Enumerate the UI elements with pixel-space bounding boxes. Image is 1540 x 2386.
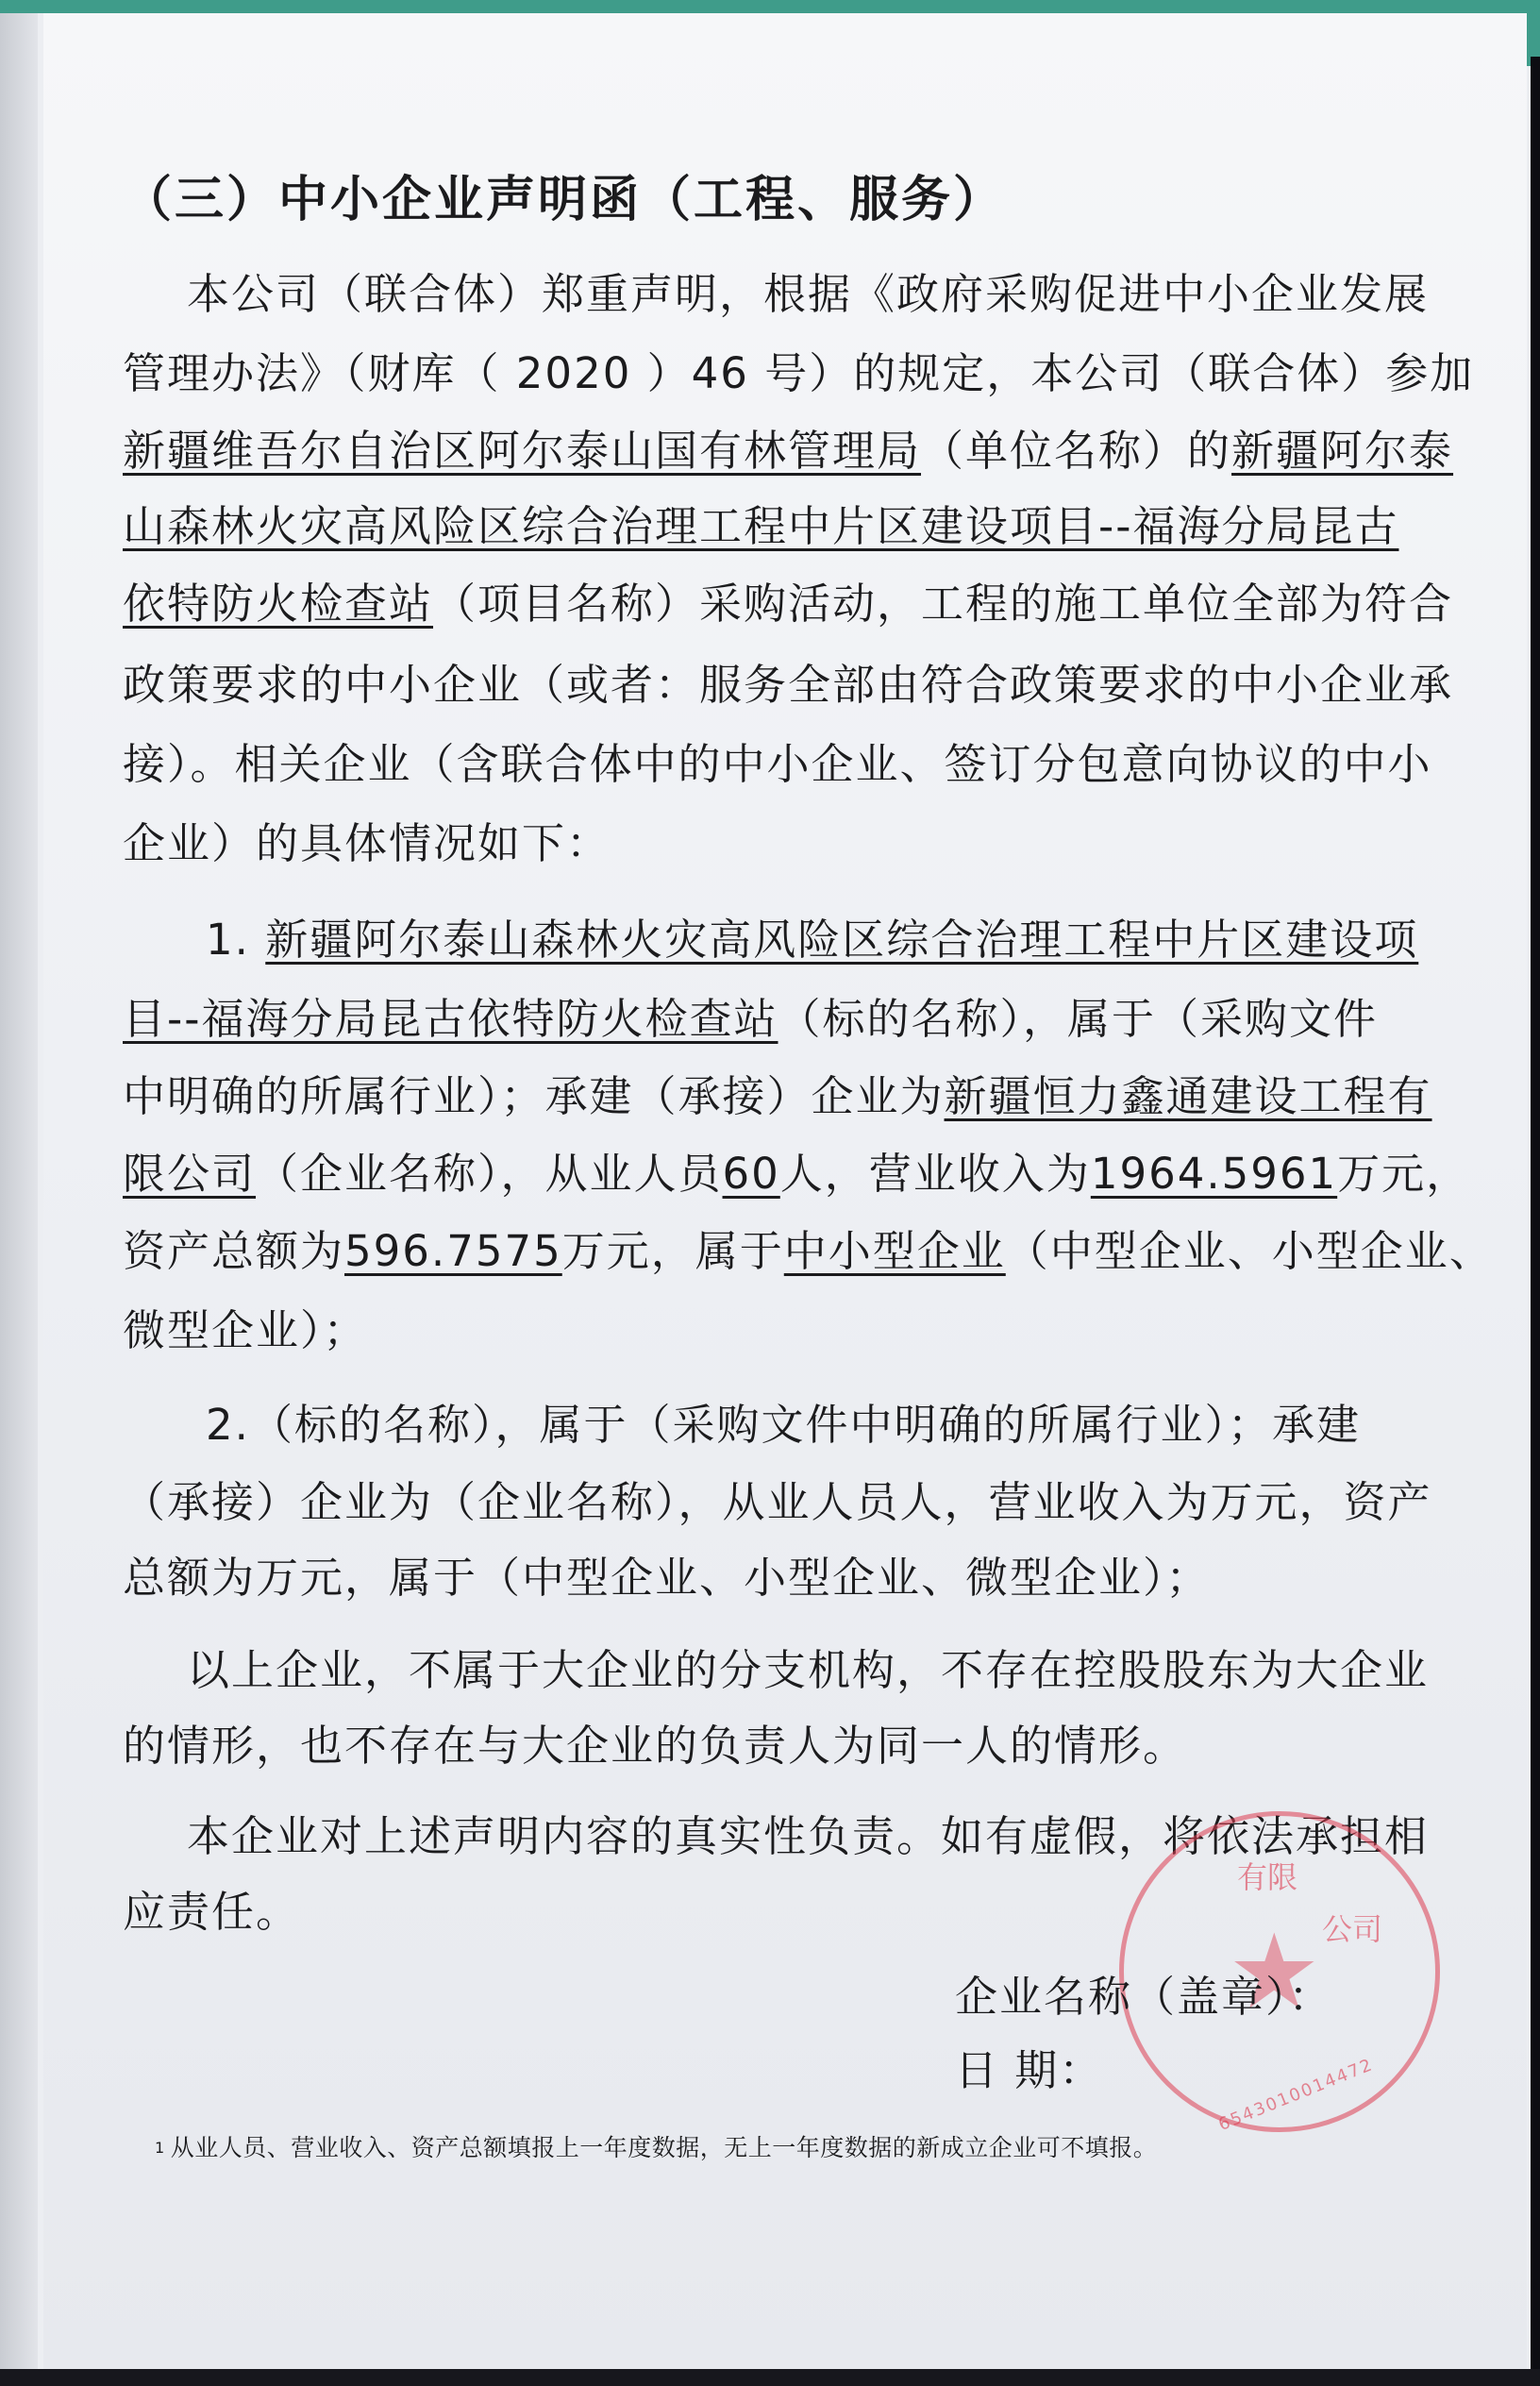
label-industry: 中明确的所属行业）；承建（承接）企业为 (123, 1071, 945, 1121)
item1-line-2: 目--福海分局昆古依特防火检查站（标的名称），属于（采购文件 (123, 991, 1378, 1048)
project-name-part3: 依特防火检查站 (123, 579, 433, 629)
unit-wanyuan: 万元， (1337, 1149, 1470, 1199)
declaration-line-1: 以上企业，不属于大企业的分支机构，不存在控股股东为大企业 (187, 1642, 1429, 1699)
intro-line-4: 山森林火灾高风险区综合治理工程中片区建设项目--福海分局昆古 (123, 498, 1398, 555)
intro-line-6: 政策要求的中小企业（或者：服务全部由符合政策要求的中小企业承 (123, 657, 1453, 714)
item2-text-1: （标的名称），属于（采购文件中明确的所属行业）；承建 (250, 1400, 1361, 1450)
company-seal-label: 企业名称（盖章）： (955, 1969, 1333, 2025)
intro-line-3: 新疆维吾尔自治区阿尔泰山国有林管理局（单位名称）的新疆阿尔泰 (123, 423, 1453, 479)
label-belongs: 万元，属于 (562, 1226, 784, 1276)
employee-count: 60 (723, 1149, 780, 1199)
purchaser-name: 新疆维吾尔自治区阿尔泰山国有林管理局 (123, 426, 921, 476)
label-revenue: 人，营业收入为 (780, 1149, 1091, 1199)
item2-line-3: 总额为万元，属于（中型企业、小型企业、微型企业）； (123, 1550, 1211, 1606)
background-dark-edge (1531, 57, 1540, 2378)
intro-line-7: 接）。相关企业（含联合体中的中小企业、签订分包意向协议的中小 (123, 736, 1432, 793)
item1-number: 1. (206, 915, 250, 965)
item1-line-4: 限公司（企业名称），从业人员60人，营业收入为1964.5961万元， (123, 1146, 1470, 1202)
date-label: 日 期： (955, 2042, 1103, 2099)
item1-subject-part1: 新疆阿尔泰山森林火灾高风险区综合治理工程中片区建设项 (265, 915, 1418, 965)
background-teal (0, 0, 1540, 13)
contractor-name-part1: 新疆恒力鑫通建设工程有 (945, 1071, 1432, 1121)
page-title: （三）中小企业声明函（工程、服务） (123, 172, 1005, 228)
declaration-line-2: 的情形，也不存在与大企业的负责人为同一人的情形。 (123, 1718, 1187, 1774)
item2-line-2: （承接）企业为（企业名称），从业人员人，营业收入为万元，资产 (123, 1474, 1432, 1531)
seal-text-right: 公司 (1322, 1906, 1382, 1949)
footnote-marker: 1 (155, 2139, 165, 2157)
document-page: （三）中小企业声明函（工程、服务） 本公司（联合体）郑重声明，根据《政府采购促进… (43, 13, 1527, 2369)
project-name-part1: 新疆阿尔泰 (1231, 426, 1453, 476)
item1-line-5: 资产总额为596.7575万元，属于中小型企业（中型企业、小型企业、 (123, 1223, 1494, 1280)
size-options: （中型企业、小型企业、 (1006, 1226, 1494, 1276)
seal-number: 6543010014472 (1215, 2055, 1376, 2135)
label-subject-name: （标的名称），属于（采购文件 (778, 994, 1378, 1044)
responsibility-line-2: 应责任。 (123, 1884, 300, 1941)
contractor-name-part2: 限公司 (123, 1149, 256, 1199)
item1-line-6: 微型企业）； (123, 1302, 368, 1359)
revenue-value: 1964.5961 (1091, 1149, 1337, 1199)
seal-text-top: 有限 (1237, 1854, 1297, 1897)
assets-value: 596.7575 (344, 1226, 562, 1276)
item1-line-1: 1. 新疆阿尔泰山森林火灾高风险区综合治理工程中片区建设项 (206, 912, 1418, 968)
project-name-part2: 山森林火灾高风险区综合治理工程中片区建设项目--福海分局昆古 (123, 501, 1398, 551)
intro-line-8: 企业）的具体情况如下： (123, 815, 611, 872)
intro-line-5: 依特防火检查站（项目名称）采购活动，工程的施工单位全部为符合 (123, 576, 1453, 632)
label-employees: （企业名称），从业人员 (256, 1149, 723, 1199)
enterprise-size: 中小型企业 (784, 1226, 1006, 1276)
footnote-text: 从业人员、营业收入、资产总额填报上一年度数据，无上一年度数据的新成立企业可不填报… (171, 2134, 1158, 2161)
label-unit-name: （单位名称）的 (921, 426, 1231, 476)
page-stack-edge (0, 0, 38, 2386)
item1-subject-part2: 目--福海分局昆古依特防火检查站 (123, 994, 778, 1044)
item2-line-1: 2.（标的名称），属于（采购文件中明确的所属行业）；承建 (206, 1397, 1361, 1453)
background-bottom (0, 2369, 1540, 2386)
item2-number: 2. (206, 1400, 250, 1450)
label-assets: 资产总额为 (123, 1226, 344, 1276)
label-project-name: （项目名称）采购活动，工程的施工单位全部为符合 (433, 579, 1453, 629)
intro-line-2: 管理办法》（财库（ 2020 ）46 号）的规定，本公司（联合体）参加 (123, 345, 1474, 402)
footnote: 1从业人员、营业收入、资产总额填报上一年度数据，无上一年度数据的新成立企业可不填… (155, 2120, 1157, 2176)
intro-line-1: 本公司（联合体）郑重声明，根据《政府采购促进中小企业发展 (187, 266, 1429, 323)
item1-line-3: 中明确的所属行业）；承建（承接）企业为新疆恒力鑫通建设工程有 (123, 1068, 1432, 1125)
